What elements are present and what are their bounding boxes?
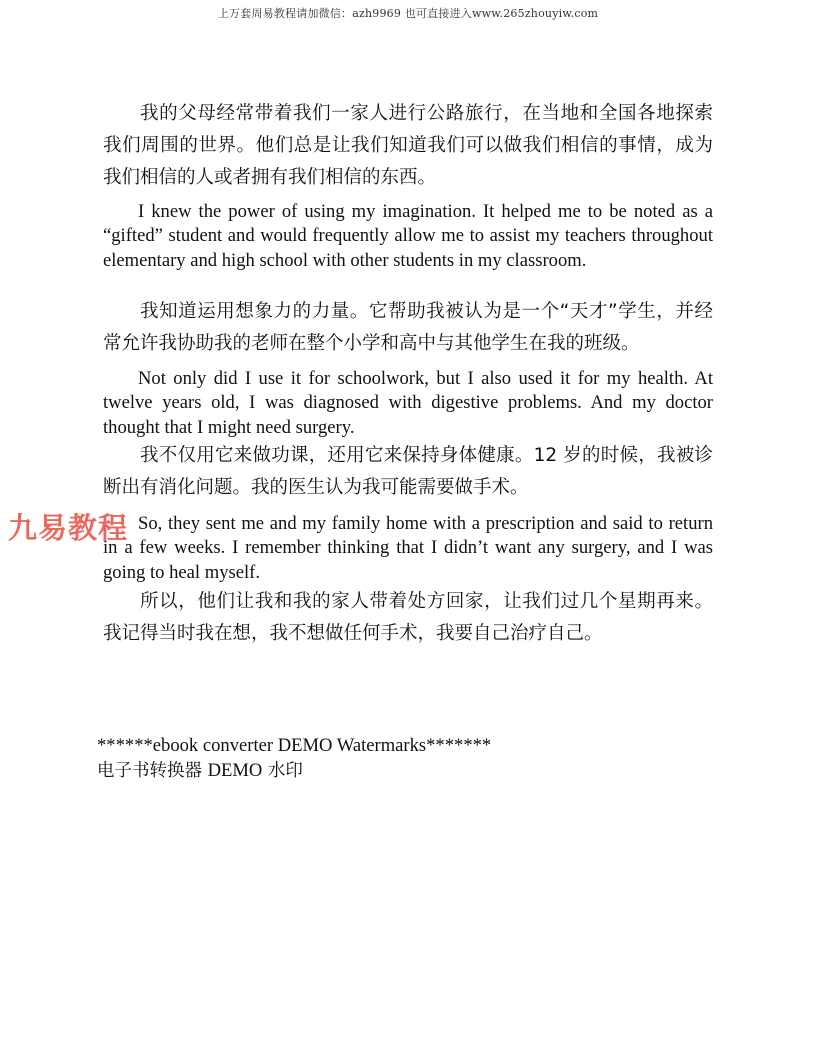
paragraph-en-2: I knew the power of using my imagination… [103,200,713,273]
paragraph-block-4: Not only did I use it for schoolwork, bu… [103,367,713,440]
paragraph-block-6: So, they sent me and my family home with… [103,512,713,585]
watermark-zh-suffix: 水印 [262,761,303,781]
paragraph-zh-5: 我不仅用它来做功课，还用它来保持身体健康。12 岁的时候，我被诊断出有消化问题。… [103,440,713,504]
watermark-demo: DEMO [208,760,263,781]
paragraph-en-4: Not only did I use it for schoolwork, bu… [103,367,713,440]
paragraph-block-2: I knew the power of using my imagination… [103,200,713,273]
watermark-line-en: ******ebook converter DEMO Watermarks***… [97,734,491,758]
watermark-line-zh: 电子书转换器 DEMO 水印 [97,758,491,784]
paragraph-zh-7: 所以，他们让我和我的家人带着处方回家，让我们过几个星期再来。我记得当时我在想，我… [103,586,713,650]
watermark-zh-prefix: 电子书转换器 [97,761,208,781]
paragraph-block-5: 我不仅用它来做功课，还用它来保持身体健康。12 岁的时候，我被诊断出有消化问题。… [103,440,713,504]
site-logo-stamp: 九易教程 [8,506,128,547]
paragraph-zh-1: 我的父母经常带着我们一家人进行公路旅行，在当地和全国各地探索我们周围的世界。他们… [103,98,713,194]
paragraph-en-6: So, they sent me and my family home with… [103,512,713,585]
paragraph-block-3: 我知道运用想象力的力量。它帮助我被认为是一个“天才”学生，并经常允许我协助我的老… [103,296,713,360]
paragraph-block-7: 所以，他们让我和我的家人带着处方回家，让我们过几个星期再来。我记得当时我在想，我… [103,586,713,650]
paragraph-zh-3: 我知道运用想象力的力量。它帮助我被认为是一个“天才”学生，并经常允许我协助我的老… [103,296,713,360]
header-banner: 上万套周易教程请加微信：azh9969 也可直接进入www.265zhouyiw… [0,5,816,21]
converter-watermark: ******ebook converter DEMO Watermarks***… [97,734,491,784]
paragraph-block-1: 我的父母经常带着我们一家人进行公路旅行，在当地和全国各地探索我们周围的世界。他们… [103,98,713,194]
